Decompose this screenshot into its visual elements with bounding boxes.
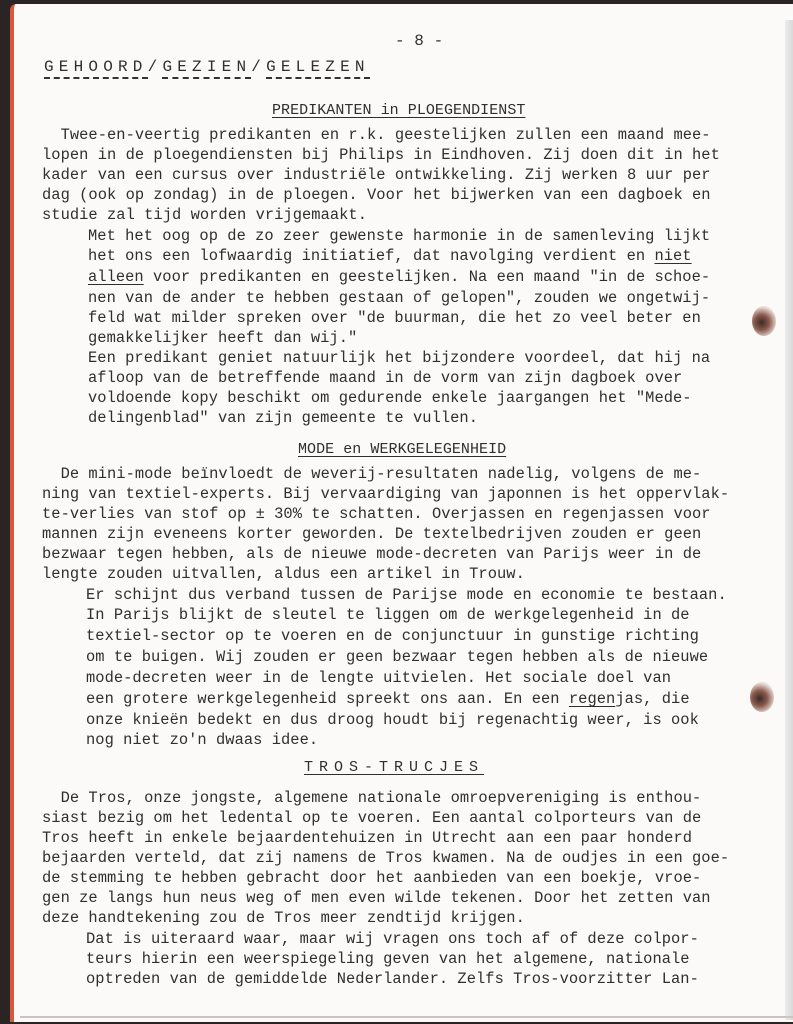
text-line: ning van textiel-experts. Bij vervaardig… [42,485,729,504]
page-bottom-edge [20,1016,793,1018]
text-line: De mini-mode beïnvloedt de weverij-resul… [42,465,701,484]
punch-hole-icon [752,306,776,336]
text-line: feld wat milder spreken over "de buurman… [88,309,701,328]
text-line: kader van een cursus over industriële on… [42,166,711,185]
text-line: textiel-sector op te voeren en de conjun… [86,627,699,646]
page-number: - 8 - [395,32,443,51]
text-line: te-verlies van stof op ± 30% te schatten… [42,505,711,524]
text-line: In Parijs blijkt de sleutel te liggen om… [86,606,690,625]
text-line: Tros heeft in enkele bejaardentehuizen i… [42,829,692,848]
text-line: Een predikant geniet natuurlijk het bijz… [88,349,710,368]
text-line: lopen in de ploegendiensten bij Philips … [42,146,720,165]
text-line: mode-decreten weer in de lengte uitviele… [86,669,671,688]
text-line: afloop van de betreffende maand in de vo… [88,369,682,388]
text-line: de stemming te hebben gebracht door het … [42,869,701,888]
section-heading-predikanten: PREDIKANTEN in PLOEGENDIENST [272,101,525,120]
underlined-phrase: regen [569,690,615,708]
masthead-gezien: GEZIEN [162,58,251,79]
masthead-gehoord: GEHOORD [44,58,148,79]
text-line: gen ze langs hun neus weg of men even wi… [42,889,711,908]
section-heading-tros: TROS-TRUCJES [304,758,484,777]
text-line: siast bezig om het ledental op te voeren… [42,809,701,828]
page-edge [785,20,793,1020]
underlined-phrase: niet [654,247,691,265]
text-line: Er schijnt dus verband tussen de Parijse… [86,586,727,605]
masthead-separator: / [148,58,163,76]
text-line: alleen voor predikanten en geestelijken.… [88,268,710,287]
text-line: nog niet zo'n dwaas idee. [86,731,318,750]
text-line: onze knieën bedekt en dus droog houdt bi… [86,711,699,730]
text-line: een grotere werkgelegenheid spreekt ons … [86,690,690,709]
masthead-gelezen: GELEZEN [266,58,370,79]
text-line: mannen zijn eveneens korter geworden. De… [42,525,701,544]
text-line: studie zal tijd worden vrijgemaakt. [42,206,367,225]
text-line: optreden van de gemiddelde Nederlander. … [86,970,699,989]
text-line: De Tros, onze jongste, algemene national… [42,789,701,808]
section-heading-mode: MODE en WERKGELEGENHEID [298,440,506,459]
text-line: dag (ook op zondag) in de ploegen. Voor … [42,186,711,205]
text-line: bejaarden verteld, dat zij namens de Tro… [42,849,729,868]
text-line: nen van de ander te hebben gestaan of ge… [88,289,710,308]
text-line: Twee-en-veertig predikanten en r.k. gees… [42,126,711,145]
text-line: bezwaar tegen hebben, als de nieuwe mode… [42,545,701,564]
text-line: Dat is uiteraard waar, maar wij vragen o… [86,930,699,949]
text-line: om te buigen. Wij zouden er geen bezwaar… [86,648,708,667]
text-line: het ons een lofwaardig initiatief, dat n… [88,247,692,266]
punch-hole-icon [750,682,774,712]
text-line: Met het oog op de zo zeer gewenste harmo… [88,227,710,246]
text-line: lengte zouden uitvallen, aldus een artik… [42,565,525,584]
text-line: delingenblad" van zijn gemeente te vulle… [88,409,478,428]
text-line: deze handtekening zou de Tros meer zendt… [42,909,525,928]
underlined-phrase: alleen [88,268,144,286]
text-line: gemakkelijker heeft dan wij." [88,329,357,348]
masthead: GEHOORD/GEZIEN/GELEZEN [44,58,370,77]
masthead-separator: / [251,58,266,76]
text-line: teurs hierin een weerspiegeling geven va… [86,950,690,969]
text-line: voldoende kopy beschikt om gedurende enk… [88,389,692,408]
